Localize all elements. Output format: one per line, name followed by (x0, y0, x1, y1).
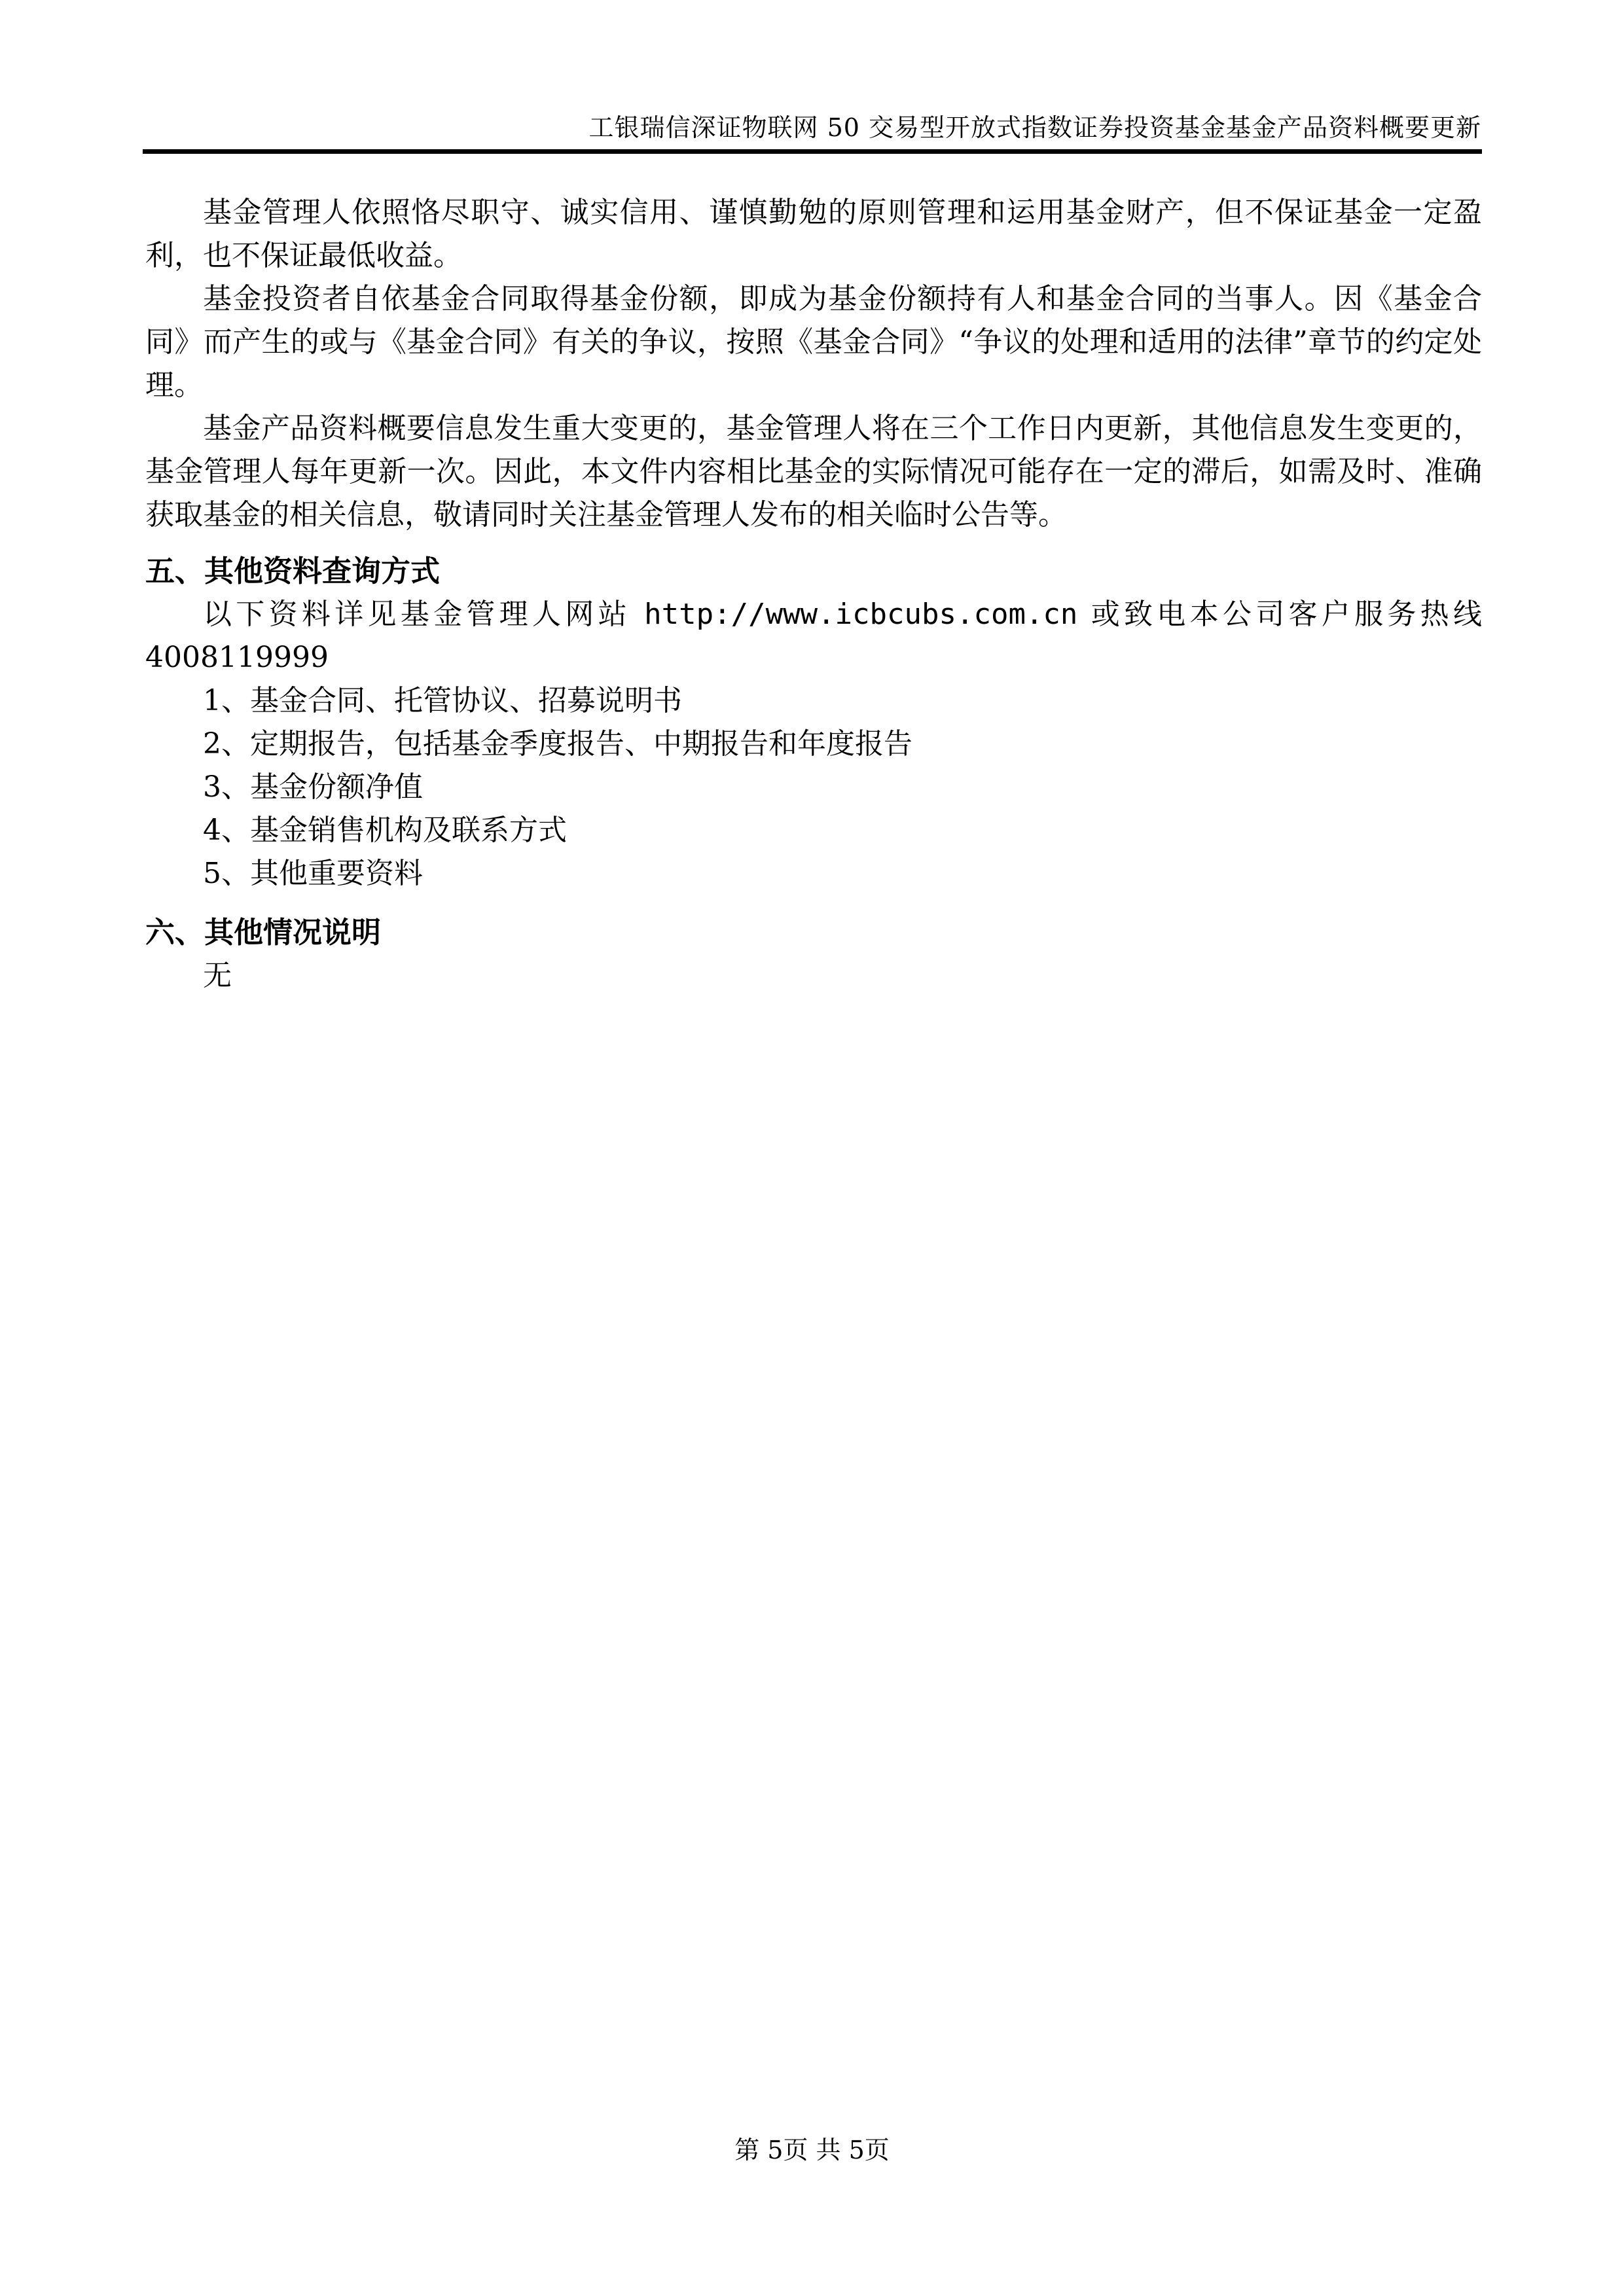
document-body: 基金管理人依照恪尽职守、诚实信用、谨慎勤勉的原则管理和运用基金财产，但不保证基金… (145, 191, 1482, 997)
section5-intro-prefix: 以下资料详见基金管理人网站 (203, 598, 644, 631)
header-rule-divider (143, 149, 1482, 154)
document-page: 工银瑞信深证物联网 50 交易型开放式指数证券投资基金基金产品资料概要更新 基金… (0, 0, 1624, 2296)
customer-service-hotline: 4008119999 (145, 641, 329, 674)
section5-item-sales-agencies: 4、基金销售机构及联系方式 (145, 809, 1482, 852)
paragraph-fund-contract: 基金投资者自依基金合同取得基金份额，即成为基金份额持有人和基金合同的当事人。因《… (145, 278, 1482, 407)
section5-intro-middle: 或致电本公司客户服务热线 (1077, 598, 1482, 631)
section5-item-periodic-reports: 2、定期报告，包括基金季度报告、中期报告和年度报告 (145, 723, 1482, 766)
page-number-footer: 第 5页 共 5页 (0, 2134, 1624, 2166)
manager-website-url: http://www.icbcubs.com.cn (644, 598, 1077, 631)
document-header-title: 工银瑞信深证物联网 50 交易型开放式指数证券投资基金基金产品资料概要更新 (588, 113, 1481, 143)
paragraph-fund-manager-duty: 基金管理人依照恪尽职守、诚实信用、谨慎勤勉的原则管理和运用基金财产，但不保证基金… (145, 191, 1482, 278)
section5-item-nav: 3、基金份额净值 (145, 766, 1482, 809)
paragraph-summary-update: 基金产品资料概要信息发生重大变更的，基金管理人将在三个工作日内更新，其他信息发生… (145, 407, 1482, 537)
section5-intro-line: 以下资料详见基金管理人网站 http://www.icbcubs.com.cn … (145, 593, 1482, 679)
section5-item-other-materials: 5、其他重要资料 (145, 852, 1482, 895)
section6-content-none: 无 (145, 954, 1482, 997)
section5-heading: 五、其他资料查询方式 (145, 550, 1482, 593)
section5-item-fund-contract: 1、基金合同、托管协议、招募说明书 (145, 679, 1482, 723)
section6-heading: 六、其他情况说明 (145, 911, 1482, 954)
